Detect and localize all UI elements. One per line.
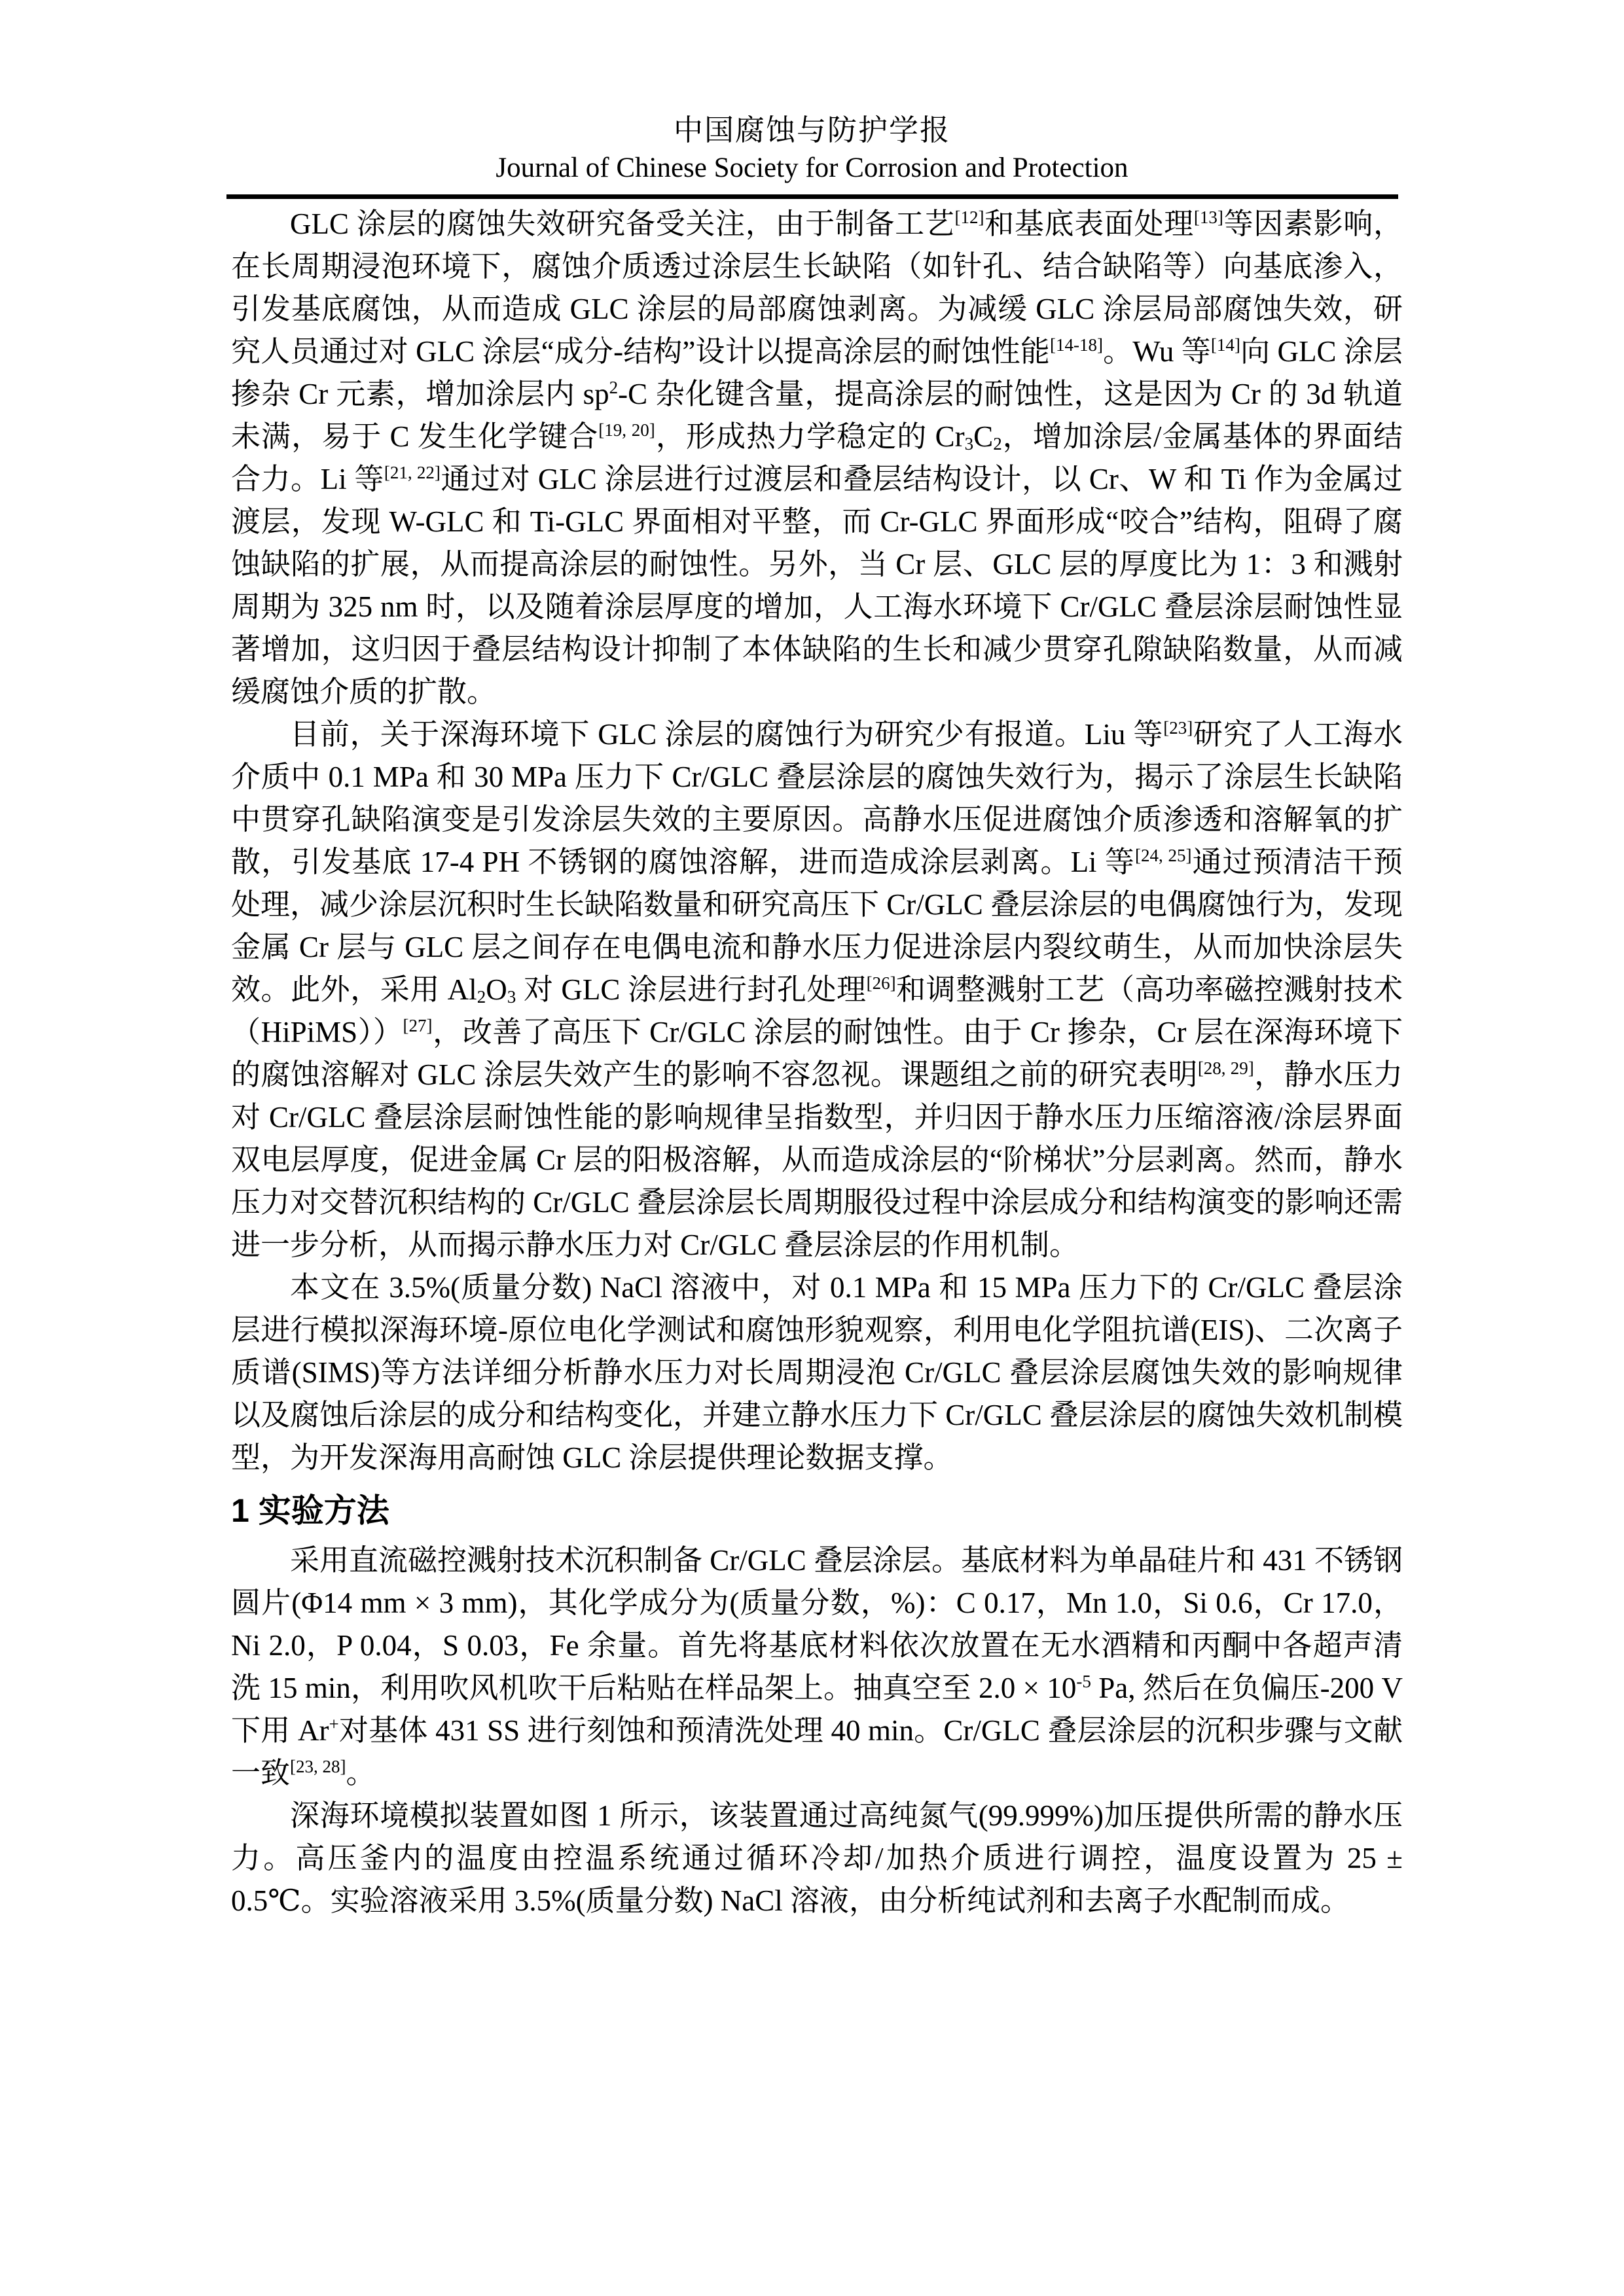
subscript-text: 3: [507, 987, 516, 1007]
subscript-text: 2: [477, 987, 486, 1007]
superscript-text: [24, 25]: [1135, 846, 1192, 865]
superscript-text: +: [329, 1714, 338, 1734]
paragraph-deep-sea-research-status: 目前，关于深海环境下 GLC 涂层的腐蚀行为研究少有报道。Liu 等[23]研究…: [231, 713, 1403, 1266]
superscript-text: [19, 20]: [598, 420, 655, 440]
superscript-text: [14]: [1211, 335, 1240, 355]
superscript-text: 2: [609, 378, 619, 397]
superscript-text: [28, 29]: [1198, 1058, 1254, 1078]
superscript-text: [12]: [955, 207, 984, 227]
header-divider-rule: [226, 194, 1398, 199]
superscript-text: [23]: [1163, 718, 1193, 738]
page-header: 中国腐蚀与防护学报 Journal of Chinese Society for…: [0, 0, 1624, 199]
superscript-text: -5: [1076, 1672, 1091, 1691]
subscript-text: 3: [965, 434, 974, 454]
paragraph-sample-preparation: 采用直流磁控溅射技术沉积制备 Cr/GLC 叠层涂层。基底材料为单晶硅片和 43…: [231, 1539, 1403, 1795]
journal-title-english: Journal of Chinese Society for Corrosion…: [0, 151, 1624, 186]
journal-page: 中国腐蚀与防护学报 Journal of Chinese Society for…: [0, 0, 1624, 2296]
section-heading-experimental-method: 1 实验方法: [231, 1487, 1403, 1534]
superscript-text: [27]: [403, 1016, 433, 1035]
journal-title-chinese: 中国腐蚀与防护学报: [0, 110, 1624, 151]
superscript-text: [26]: [867, 973, 896, 993]
paragraph-simulation-apparatus: 深海环境模拟装置如图 1 所示，该装置通过高纯氮气(99.999%)加压提供所需…: [231, 1795, 1403, 1922]
subscript-text: 2: [993, 434, 1002, 454]
superscript-text: [21, 22]: [384, 463, 441, 482]
paragraph-intro-glc-corrosion-failure: GLC 涂层的腐蚀失效研究备受关注，由于制备工艺[12]和基底表面处理[13]等…: [231, 203, 1403, 713]
article-body: GLC 涂层的腐蚀失效研究备受关注，由于制备工艺[12]和基底表面处理[13]等…: [0, 199, 1624, 1922]
superscript-text: [13]: [1194, 207, 1223, 227]
paragraph-study-overview: 本文在 3.5%(质量分数) NaCl 溶液中，对 0.1 MPa 和 15 M…: [231, 1266, 1403, 1479]
superscript-text: [14-18]: [1050, 335, 1103, 355]
superscript-text: [23, 28]: [290, 1757, 346, 1776]
